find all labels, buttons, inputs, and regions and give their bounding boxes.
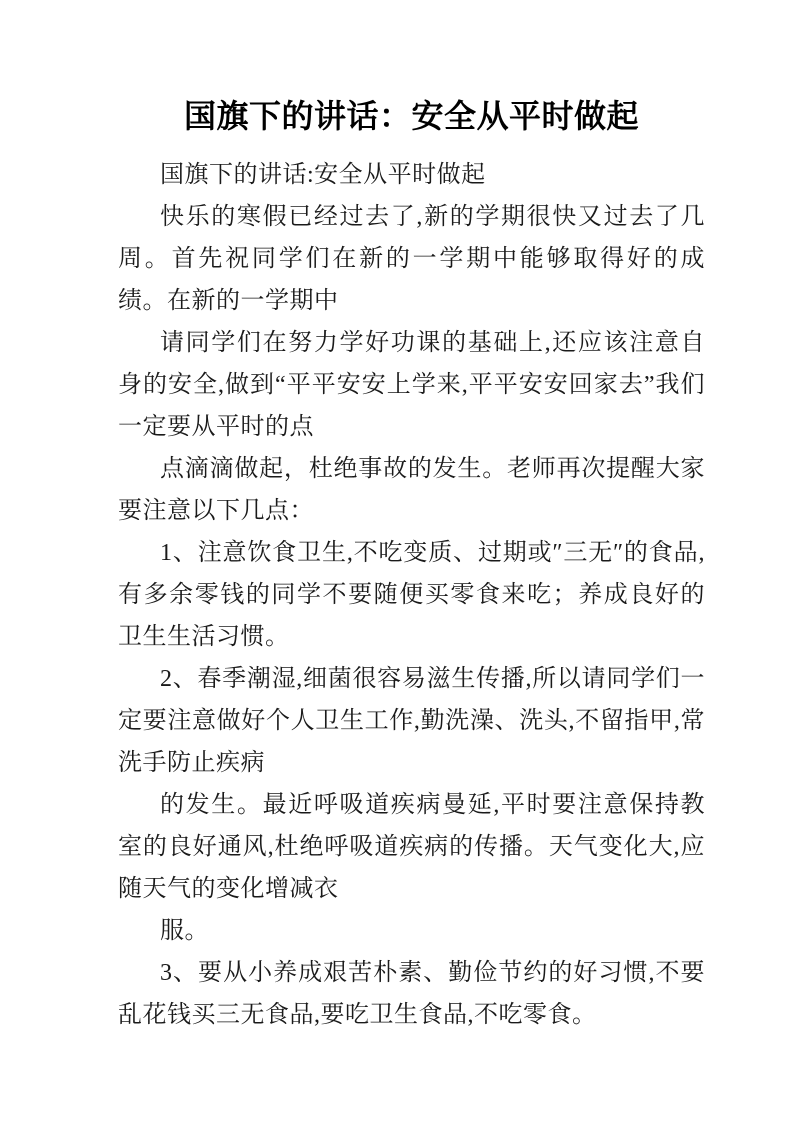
document-column: 国旗下的讲话：安全从平时做起 国旗下的讲话:安全从平时做起 快乐的寒假已经过去了…: [118, 0, 705, 1036]
paragraph: 3、要从小养成艰苦朴素、勤俭节约的好习惯,不要乱花钱买三无食品,要吃卫生食品,不…: [118, 952, 705, 1036]
paragraph: 服。: [118, 910, 705, 952]
document-page: 国旗下的讲话：安全从平时做起 国旗下的讲话:安全从平时做起 快乐的寒假已经过去了…: [0, 0, 793, 1122]
paragraph: 国旗下的讲话:安全从平时做起: [118, 154, 705, 196]
document-title: 国旗下的讲话：安全从平时做起: [118, 92, 705, 140]
paragraph: 请同学们在努力学好功课的基础上,还应该注意自身的安全,做到“平平安安上学来,平平…: [118, 322, 705, 448]
paragraph: 1、注意饮食卫生,不吃变质、过期或″三无″的食品,有多余零钱的同学不要随便买零食…: [118, 532, 705, 658]
document-body: 国旗下的讲话:安全从平时做起 快乐的寒假已经过去了,新的学期很快又过去了几周。首…: [118, 154, 705, 1036]
paragraph: 的发生。最近呼吸道疾病曼延,平时要注意保持教室的良好通风,杜绝呼吸道疾病的传播。…: [118, 784, 705, 910]
paragraph: 2、春季潮湿,细菌很容易滋生传播,所以请同学们一定要注意做好个人卫生工作,勤洗澡…: [118, 658, 705, 784]
paragraph: 点滴滴做起，杜绝事故的发生。老师再次提醒大家要注意以下几点：: [118, 448, 705, 532]
paragraph: 快乐的寒假已经过去了,新的学期很快又过去了几周。首先祝同学们在新的一学期中能够取…: [118, 196, 705, 322]
